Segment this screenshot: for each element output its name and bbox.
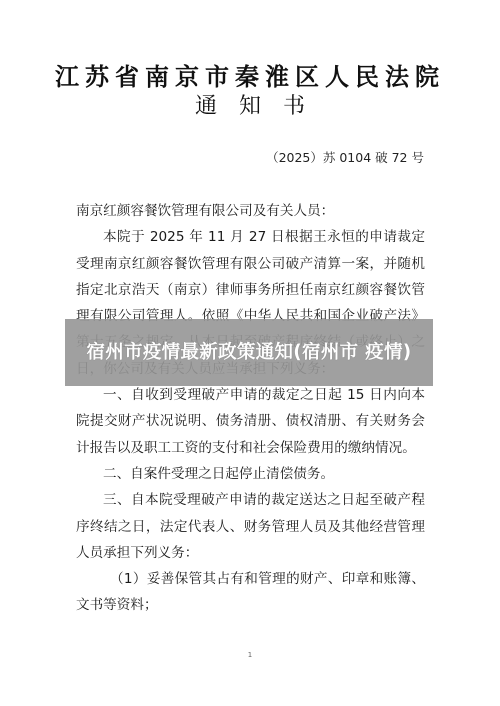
document-body: 南京红颜容餐饮管理有限公司及有关人员： 本院于 2025 年 11 月 27 日… (76, 198, 425, 619)
headline-overlay-title[interactable]: 宿州市疫情最新政策通知(宿州市 疫情) (79, 341, 419, 365)
paragraph-duty-1: （1）妥善保管其占有和管理的财产、印章和账簿、文书等资料； (76, 566, 425, 619)
paragraph-obligation-3: 三、自本院受理破产申请的裁定送达之日起至破产程序终结之日，法定代表人、财务管理人… (76, 487, 425, 566)
paragraph-obligation-2: 二、自案件受理之日起停止清偿债务。 (76, 461, 425, 487)
court-name-heading: 江苏省南京市秦淮区人民法院 (0, 62, 500, 92)
document-type-heading: 通知书 (0, 93, 500, 121)
page-number: 1 (0, 651, 500, 659)
document-number: （2025）苏 0104 破 72 号 (266, 150, 424, 166)
paragraph-obligation-1: 一、自收到受理破产申请的裁定之日起 15 日内向本院提交财产状况说明、债务清册、… (76, 382, 425, 461)
addressee-line: 南京红颜容餐饮管理有限公司及有关人员： (76, 198, 425, 224)
headline-overlay-banner[interactable]: 宿州市疫情最新政策通知(宿州市 疫情) (65, 319, 433, 386)
